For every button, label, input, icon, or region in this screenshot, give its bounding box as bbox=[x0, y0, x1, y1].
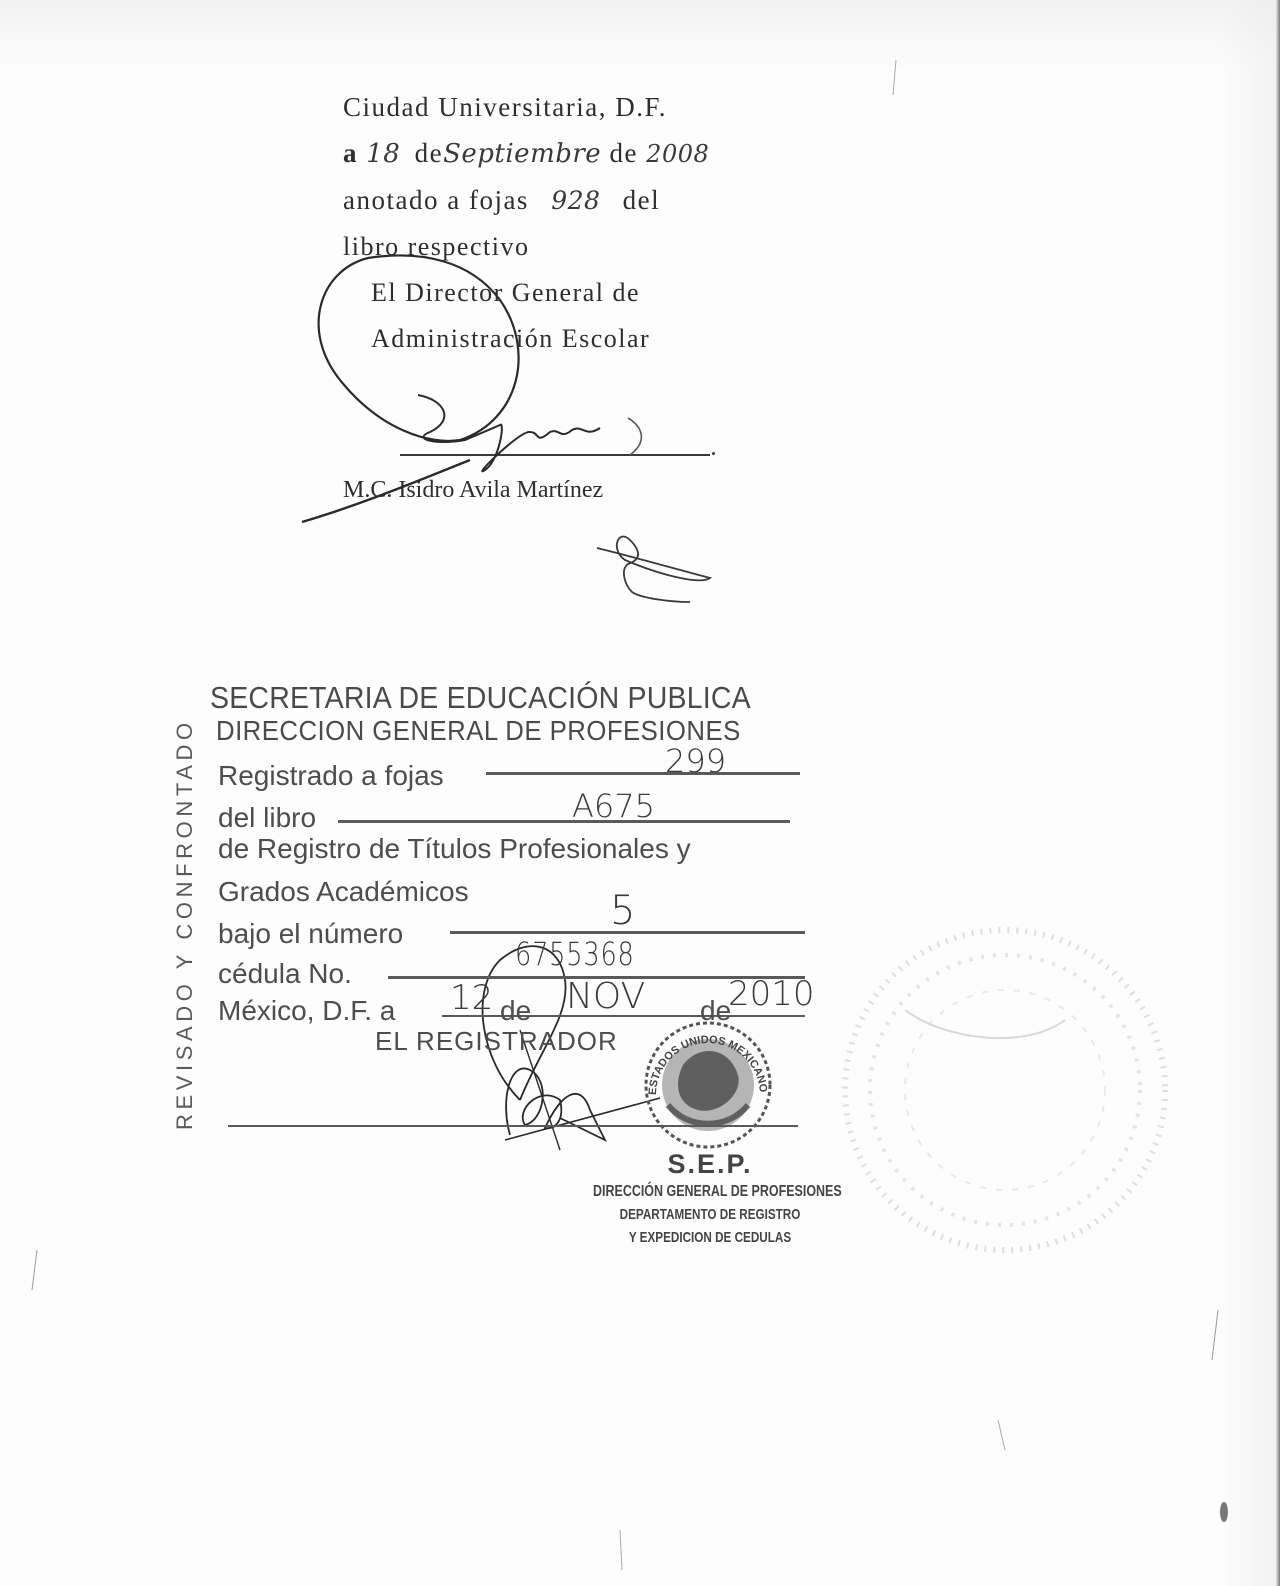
sep-date-prefix: México, D.F. a bbox=[218, 995, 395, 1026]
sep-registration-stamp: SECRETARIA DE EDUCACIÓN PUBLICA DIRECCIO… bbox=[210, 680, 830, 746]
seal-line-2: DEPARTAMENTO DE REGISTRO bbox=[593, 1203, 827, 1226]
registry-line-1: de Registro de Títulos Profesionales y bbox=[218, 833, 691, 865]
document-page: Ciudad Universitaria, D.F. a 18 deSeptie… bbox=[0, 0, 1280, 1586]
director-signature-tail bbox=[302, 460, 470, 522]
revisado-confrontado-label: REVISADO Y CONFRONTADO bbox=[172, 670, 198, 1130]
libro-label: del libro bbox=[218, 802, 316, 834]
registrador-title: EL REGISTRADOR bbox=[375, 1026, 618, 1057]
director-signature-scribble bbox=[418, 395, 600, 471]
sep-date-de-2: de bbox=[700, 995, 731, 1027]
fojas-label: Registrado a fojas bbox=[218, 760, 444, 792]
cedula-value: 6755368 bbox=[515, 935, 635, 973]
seal-line-3: Y EXPEDICION DE CEDULAS bbox=[593, 1226, 827, 1249]
coat-of-arms-seal: ESTADOS UNIDOS MEXICANOS bbox=[646, 1023, 770, 1147]
fojas-value: 299 bbox=[665, 742, 726, 780]
fojas-fill-line bbox=[486, 772, 800, 775]
seal-line-1: DIRECCIÓN GENERAL DE PROFESIONES bbox=[593, 1180, 827, 1203]
sep-date-month: NOV bbox=[566, 976, 645, 1017]
embossed-seal bbox=[845, 930, 1165, 1250]
numero-value: 5 bbox=[610, 888, 635, 934]
libro-fill-line bbox=[338, 820, 790, 823]
libro-value: A675 bbox=[572, 787, 655, 825]
sep-header-1: SECRETARIA DE EDUCACIÓN PUBLICA bbox=[210, 680, 780, 716]
registrador-signature-scribble bbox=[506, 1068, 605, 1140]
sep-date-year: 2010 bbox=[728, 974, 815, 1014]
cedula-label: cédula No. bbox=[218, 958, 352, 990]
seal-abbreviation: S.E.P. bbox=[560, 1148, 860, 1180]
director-signature-loop bbox=[319, 255, 519, 440]
registrador-signature-line bbox=[228, 1125, 798, 1127]
sep-date-day: 12 bbox=[450, 978, 493, 1018]
sep-date-line: México, D.F. a bbox=[218, 995, 395, 1027]
ink-spot bbox=[1220, 1502, 1228, 1522]
sep-date-de-1: de bbox=[500, 995, 531, 1027]
sep-seal-text: S.E.P. DIRECCIÓN GENERAL DE PROFESIONES … bbox=[560, 1148, 860, 1249]
numero-label: bajo el número bbox=[218, 918, 403, 950]
initials-signature bbox=[597, 537, 710, 602]
registry-line-2: Grados Académicos bbox=[218, 876, 469, 908]
